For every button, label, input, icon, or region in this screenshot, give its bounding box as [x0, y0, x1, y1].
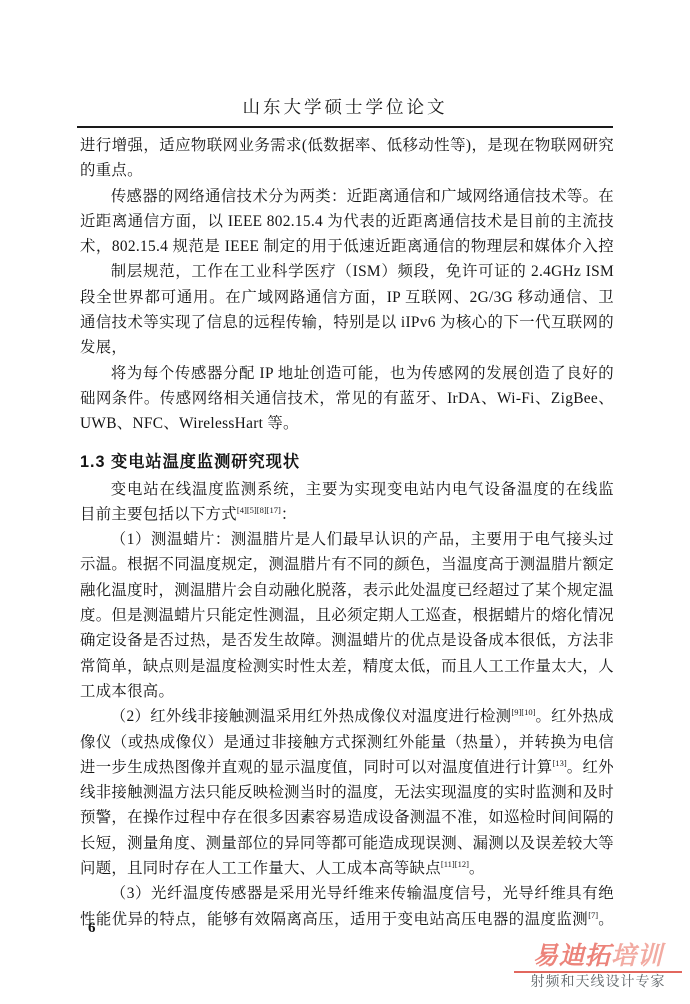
text-segment: 进行增强，适应物联网业务需求(低数据率、低移动性等)，是现在物联网研究	[80, 137, 614, 154]
text-line: 融化温度时，测温腊片会自动融化脱落，表示此处温度已经超过了某个规定温	[80, 578, 614, 603]
text-line: 确定设备是否过热，是否发生故障。测温蜡片的优点是设备成本很低，方法非	[80, 628, 614, 653]
page-number: 6	[88, 920, 96, 937]
text-line: UWB、NFC、WirelessHart 等。	[80, 411, 614, 436]
text-segment: 示温。根据不同温度规定，测温腊片有不同的颜色，当温度高于测温腊片额定	[80, 556, 614, 573]
watermark-stamp: 易迪拓培训 射频和天线设计专家	[514, 942, 682, 991]
text-line: 础网条件。传感网络相关通信技术，常见的有蓝牙、IrDA、Wi-Fi、ZigBee…	[80, 386, 614, 411]
text-line: 术，802.15.4 规范是 IEEE 制定的用于低速近距离通信的物理层和媒体介…	[80, 234, 614, 259]
text-line: 度。但是测温蜡片只能定性测温，且必须定期人工巡查，根据蜡片的熔化情况	[80, 603, 614, 628]
text-line: 发展，	[80, 335, 614, 360]
scanned-thesis-page: 山东大学硕士学位论文 进行增强，适应物联网业务需求(低数据率、低移动性等)，是现…	[0, 0, 690, 1004]
text-segment: 进一步生成热图像并直观的显示温度值，同时可以对温度值进行计算	[80, 759, 553, 776]
text-segment: 。	[469, 860, 485, 877]
watermark-logo-part1: 易迪拓	[533, 942, 611, 970]
citation-ref: [11][12]	[441, 859, 469, 869]
text-segment: （3）光纤温度传感器是采用光导纤维来传输温度信号，光导纤维具有绝缘	[80, 885, 614, 906]
text-segment: 的重点。	[80, 162, 143, 179]
text-segment: （2）红外线非接触测温采用红外热成像仪对温度进行检测	[111, 708, 512, 725]
citation-ref: [13]	[553, 758, 567, 768]
text-segment: 目前主要包括以下方式	[80, 506, 237, 523]
text-segment: 将为每个传感器分配 IP 地址创造可能，也为传感网的发展创造了良好的基	[80, 365, 614, 386]
text-line: 通信技术等实现了信息的远程传输，特别是以 iIPv6 为核心的下一代互联网的	[80, 310, 614, 335]
text-segment: 术，802.15.4 规范是 IEEE 制定的用于低速近距离通信的物理层和媒体介…	[80, 238, 614, 255]
text-line: 近距离通信方面，以 IEEE 802.15.4 为代表的近距离通信技术是目前的主…	[80, 209, 614, 234]
watermark-underline	[514, 971, 682, 973]
text-segment: 常简单，缺点则是温度检测实时性太差，精度太低，而且人工工作量太大，人	[80, 658, 614, 675]
text-line: 像仪（或热成像仪）是通过非接触方式探测红外能量（热量），并转换为电信号，	[80, 730, 614, 755]
text-line: 段全世界都可通用。在广域网路通信方面，IP 互联网、2G/3G 移动通信、卫星	[80, 285, 614, 310]
text-line: （2）红外线非接触测温采用红外热成像仪对温度进行检测[9][10]。红外热成	[80, 704, 614, 729]
text-segment: 变电站在线温度监测系统，主要为实现变电站内电气设备温度的在线监测，	[80, 481, 614, 502]
text-line: 目前主要包括以下方式[4][5][8][17]：	[80, 502, 614, 527]
text-segment: （1）测温蜡片：测温腊片是人们最早认识的产品，主要用于电气接头过热	[80, 531, 614, 552]
text-segment: 传感器的网络通信技术分为两类：近距离通信和广域网络通信技术等。在	[111, 188, 614, 205]
text-segment: 长短，测量角度、测量部位的异同等都可能造成现误测、漏测以及误差较大等	[80, 835, 614, 852]
text-line: 性能优异的特点，能够有效隔离高压，适用于变电站高压电器的温度监测[7]。	[80, 907, 614, 932]
text-segment: 确定设备是否过热，是否发生故障。测温蜡片的优点是设备成本很低，方法非	[80, 632, 614, 649]
text-line: 工成本很高。	[80, 679, 614, 704]
watermark-tagline: 射频和天线设计专家	[514, 974, 682, 991]
header-divider-rule	[77, 126, 613, 128]
text-segment: 。	[598, 911, 614, 928]
text-line: 进行增强，适应物联网业务需求(低数据率、低移动性等)，是现在物联网研究	[80, 133, 614, 158]
watermark-logo-part2: 培训	[611, 942, 663, 970]
running-header-title: 山东大学硕士学位论文	[0, 0, 690, 119]
text-segment: 融化温度时，测温腊片会自动融化脱落，表示此处温度已经超过了某个规定温	[80, 582, 614, 599]
watermark-logo: 易迪拓培训	[514, 942, 682, 970]
text-segment: 问题，且同时存在人工工作量大、人工成本高等缺点	[80, 860, 441, 877]
text-line: 传感器的网络通信技术分为两类：近距离通信和广域网络通信技术等。在	[80, 184, 614, 209]
text-line: 线非接触测温方法只能反映检测当时的温度，无法实现温度的实时监测和及时	[80, 780, 614, 805]
citation-ref: [9][10]	[511, 707, 535, 717]
text-segment: 工成本很高。	[80, 683, 174, 700]
text-line: 长短，测量角度、测量部位的异同等都可能造成现误测、漏测以及误差较大等	[80, 831, 614, 856]
text-line: 预警，在操作过程中存在很多因素容易造成设备测温不准，如巡检时间间隔的	[80, 805, 614, 830]
text-segment: 段全世界都可通用。在广域网路通信方面，IP 互联网、2G/3G 移动通信、卫星	[80, 289, 614, 310]
text-segment: 。红外热成	[535, 708, 614, 725]
text-line: 常简单，缺点则是温度检测实时性太差，精度太低，而且人工工作量太大，人	[80, 654, 614, 679]
citation-ref: [4][5][8][17]	[237, 505, 281, 515]
section-heading: 1.3 变电站温度监测研究现状	[80, 449, 614, 475]
text-line: 变电站在线温度监测系统，主要为实现变电站内电气设备温度的在线监测，	[80, 477, 614, 502]
text-segment: 近距离通信方面，以 IEEE 802.15.4 为代表的近距离通信技术是目前的主…	[80, 213, 614, 230]
text-segment: 像仪（或热成像仪）是通过非接触方式探测红外能量（热量），并转换为电信号，	[80, 734, 614, 755]
text-segment: 通信技术等实现了信息的远程传输，特别是以 iIPv6 为核心的下一代互联网的	[80, 314, 614, 331]
text-line: （3）光纤温度传感器是采用光导纤维来传输温度信号，光导纤维具有绝缘	[80, 881, 614, 906]
text-line: 将为每个传感器分配 IP 地址创造可能，也为传感网的发展创造了良好的基	[80, 361, 614, 386]
text-segment: ：	[281, 506, 297, 523]
text-segment: 发展，	[80, 339, 127, 356]
text-line: 示温。根据不同温度规定，测温腊片有不同的颜色，当温度高于测温腊片额定	[80, 552, 614, 577]
text-line: 进一步生成热图像并直观的显示温度值，同时可以对温度值进行计算[13]。红外	[80, 755, 614, 780]
text-segment: 础网条件。传感网络相关通信技术，常见的有蓝牙、IrDA、Wi-Fi、ZigBee…	[80, 390, 614, 411]
text-line: （1）测温蜡片：测温腊片是人们最早认识的产品，主要用于电气接头过热	[80, 527, 614, 552]
text-line: 问题，且同时存在人工工作量大、人工成本高等缺点[11][12]。	[80, 856, 614, 881]
text-line: 制层规范，工作在工业科学医疗（ISM）频段，免许可证的 2.4GHz ISM 频	[80, 259, 614, 284]
citation-ref: [7]	[588, 909, 598, 919]
text-line: 的重点。	[80, 158, 614, 183]
text-segment: UWB、NFC、WirelessHart 等。	[80, 415, 299, 432]
text-segment: 性能优异的特点，能够有效隔离高压，适用于变电站高压电器的温度监测	[80, 911, 588, 928]
text-segment: 1.3 变电站温度监测研究现状	[80, 453, 300, 471]
text-segment: 度。但是测温蜡片只能定性测温，且必须定期人工巡查，根据蜡片的熔化情况	[80, 607, 614, 624]
page-body: 进行增强，适应物联网业务需求(低数据率、低移动性等)，是现在物联网研究的重点。传…	[80, 133, 614, 932]
text-segment: 。红外	[567, 759, 614, 776]
text-segment: 线非接触测温方法只能反映检测当时的温度，无法实现温度的实时监测和及时	[80, 784, 614, 801]
text-segment: 预警，在操作过程中存在很多因素容易造成设备测温不准，如巡检时间间隔的	[80, 809, 614, 826]
text-segment: 制层规范，工作在工业科学医疗（ISM）频段，免许可证的 2.4GHz ISM 频	[80, 263, 614, 284]
